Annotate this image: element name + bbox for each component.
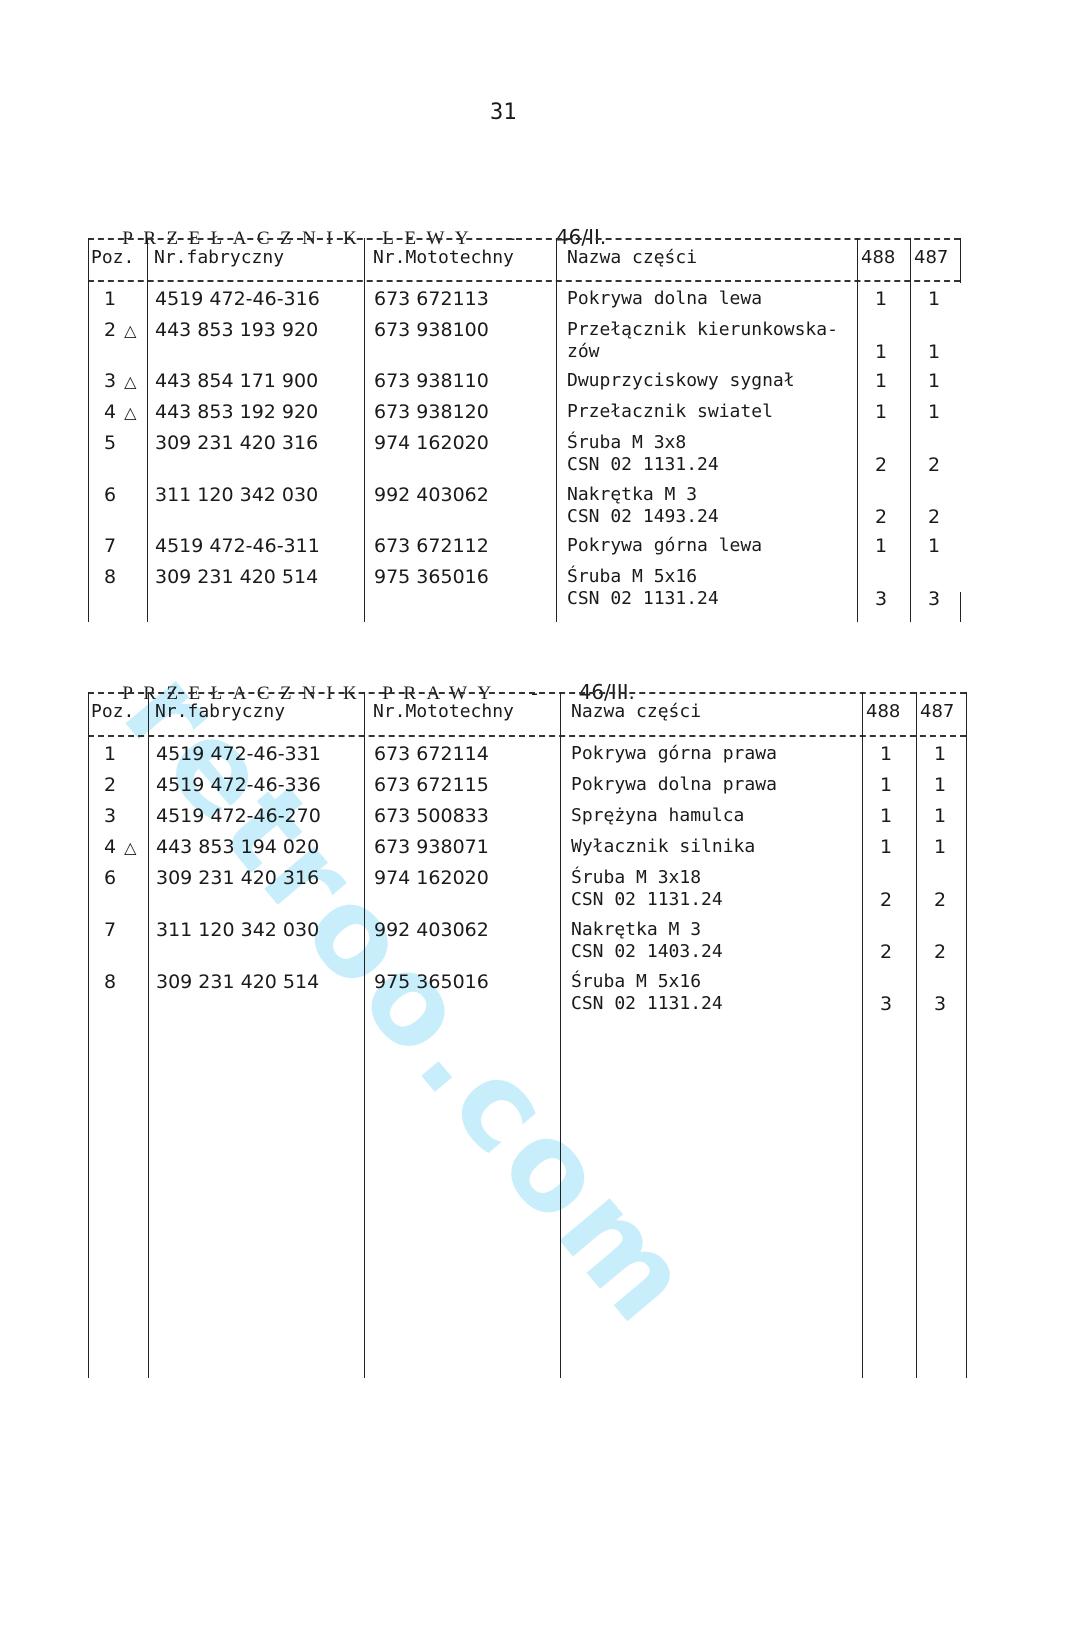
mototechna-number: 673 672113 — [374, 288, 489, 310]
factory-number: 443 853 194 020 — [156, 836, 319, 858]
factory-number: 4519 472-46-331 — [156, 743, 321, 765]
row-position: 2△ — [104, 319, 136, 342]
part-name: zów — [567, 341, 600, 363]
qty-487: 1 — [934, 774, 946, 796]
column-divider — [960, 238, 961, 283]
row-position: 5 — [104, 432, 116, 454]
position-number: 7 — [104, 919, 116, 941]
factory-number: 309 231 420 316 — [155, 432, 318, 454]
factory-number: 4519 472-46-270 — [156, 805, 321, 827]
qty-487: 2 — [934, 889, 946, 911]
row-position: 4△ — [104, 836, 136, 859]
row-position: 7 — [104, 919, 116, 941]
row-position: 1 — [104, 743, 116, 765]
part-name: Pokrywa dolna prawa — [571, 774, 777, 796]
header-qty-488: 488 — [861, 247, 895, 268]
column-divider — [960, 592, 961, 622]
mototechna-number: 673 672114 — [374, 743, 489, 765]
part-name: Śruba M 3x18 — [571, 867, 701, 889]
header-poz: Poz. — [91, 247, 134, 268]
header-nazwa-czesci: Nazwa części — [567, 247, 697, 268]
header-nr-fabryczny: Nr.fabryczny — [155, 701, 285, 722]
part-name: CSN 02 1131.24 — [571, 889, 723, 911]
position-number: 3 — [104, 805, 116, 827]
position-number: 5 — [104, 432, 116, 454]
position-number: 3 — [104, 370, 116, 392]
column-divider — [966, 692, 967, 1378]
factory-number: 443 853 193 920 — [155, 319, 318, 341]
mototechna-number: 974 162020 — [374, 432, 489, 454]
column-divider — [560, 692, 561, 1378]
qty-487: 1 — [928, 341, 940, 363]
position-number: 4 — [104, 401, 116, 423]
header-nr-mototechny: Nr.Mototechny — [373, 701, 514, 722]
factory-number: 443 853 192 920 — [155, 401, 318, 423]
section-code: 46/II. — [556, 225, 606, 249]
position-number: 8 — [104, 971, 116, 993]
header-nr-mototechny: Nr.Mototechny — [373, 247, 514, 268]
header-nr-fabryczny: Nr.fabryczny — [154, 247, 284, 268]
qty-488: 3 — [875, 588, 887, 610]
qty-488: 1 — [875, 401, 887, 423]
factory-number: 309 231 420 514 — [155, 566, 318, 588]
factory-number: 4519 472-46-311 — [155, 535, 320, 557]
qty-488: 1 — [875, 288, 887, 310]
factory-number: 4519 472-46-336 — [156, 774, 321, 796]
table-top-border — [88, 692, 966, 694]
part-name: CSN 02 1131.24 — [567, 588, 719, 610]
row-position: 2 — [104, 774, 116, 796]
qty-487: 1 — [934, 743, 946, 765]
position-number: 2 — [104, 774, 116, 796]
position-number: 8 — [104, 566, 116, 588]
part-name: Nakrętka M 3 — [567, 484, 697, 506]
qty-487: 1 — [928, 535, 940, 557]
part-name: Śruba M 5x16 — [571, 971, 701, 993]
column-divider — [148, 692, 149, 1378]
qty-487: 3 — [928, 588, 940, 610]
part-name: Przełacznik swiatel — [567, 401, 773, 423]
row-position: 6 — [104, 867, 116, 889]
factory-number: 311 120 342 030 — [156, 919, 319, 941]
qty-488: 2 — [875, 454, 887, 476]
header-nazwa-czesci: Nazwa części — [571, 701, 701, 722]
triangle-mark-icon: △ — [124, 372, 136, 391]
part-name: Sprężyna hamulca — [571, 805, 744, 827]
header-qty-487: 487 — [920, 701, 954, 722]
column-divider — [147, 238, 148, 622]
column-divider — [857, 238, 858, 622]
header-qty-488: 488 — [866, 701, 900, 722]
qty-488: 1 — [880, 743, 892, 765]
row-position: 1 — [104, 288, 116, 310]
qty-487: 1 — [928, 401, 940, 423]
part-name: Wyłacznik silnika — [571, 836, 755, 858]
qty-488: 1 — [880, 774, 892, 796]
mototechna-number: 975 365016 — [374, 566, 489, 588]
header-poz: Poz. — [91, 701, 134, 722]
mototechna-number: 673 672115 — [374, 774, 489, 796]
page-number: 31 — [490, 100, 517, 125]
mototechna-number: 992 403062 — [374, 919, 489, 941]
position-number: 6 — [104, 484, 116, 506]
part-name: Śruba M 3x8 — [567, 432, 686, 454]
part-name: Pokrywa górna prawa — [571, 743, 777, 765]
triangle-mark-icon: △ — [124, 403, 136, 422]
part-name: Pokrywa górna lewa — [567, 535, 762, 557]
mototechna-number: 673 938110 — [374, 370, 489, 392]
factory-number: 311 120 342 030 — [155, 484, 318, 506]
qty-487: 2 — [928, 454, 940, 476]
factory-number: 443 854 171 900 — [155, 370, 318, 392]
column-divider — [88, 692, 89, 1378]
header-divider — [88, 280, 960, 282]
column-divider — [364, 692, 365, 1378]
triangle-mark-icon: △ — [124, 321, 136, 340]
qty-487: 1 — [934, 805, 946, 827]
row-position: 4△ — [104, 401, 136, 424]
mototechna-number: 673 938120 — [374, 401, 489, 423]
row-position: 3△ — [104, 370, 136, 393]
factory-number: 4519 472-46-316 — [155, 288, 320, 310]
mototechna-number: 975 365016 — [374, 971, 489, 993]
row-position: 6 — [104, 484, 116, 506]
table-top-border — [88, 238, 960, 240]
qty-488: 2 — [880, 941, 892, 963]
part-name: CSN 02 1131.24 — [567, 454, 719, 476]
section-title-left-switch: PRZEŁACZNIK LEWY - 46/II. — [92, 203, 606, 250]
qty-487: 1 — [928, 370, 940, 392]
qty-488: 1 — [875, 370, 887, 392]
qty-487: 2 — [928, 506, 940, 528]
qty-488: 2 — [880, 889, 892, 911]
qty-488: 3 — [880, 993, 892, 1015]
part-name: Śruba M 5x16 — [567, 566, 697, 588]
position-number: 2 — [104, 319, 116, 341]
factory-number: 309 231 420 316 — [156, 867, 319, 889]
column-divider — [364, 238, 365, 622]
qty-488: 1 — [880, 836, 892, 858]
position-number: 6 — [104, 867, 116, 889]
qty-487: 2 — [934, 941, 946, 963]
position-number: 1 — [104, 743, 116, 765]
row-position: 7 — [104, 535, 116, 557]
header-qty-487: 487 — [914, 247, 948, 268]
part-name: Pokrywa dolna lewa — [567, 288, 762, 310]
row-position: 8 — [104, 566, 116, 588]
qty-488: 1 — [880, 805, 892, 827]
qty-487: 3 — [934, 993, 946, 1015]
mototechna-number: 673 500833 — [374, 805, 489, 827]
position-number: 4 — [104, 836, 116, 858]
part-name: CSN 02 1131.24 — [571, 993, 723, 1015]
triangle-mark-icon: △ — [124, 838, 136, 857]
column-divider — [910, 238, 911, 622]
row-position: 8 — [104, 971, 116, 993]
part-name: Dwuprzyciskowy sygnał — [567, 370, 795, 392]
qty-488: 2 — [875, 506, 887, 528]
mototechna-number: 673 672112 — [374, 535, 489, 557]
mototechna-number: 673 938071 — [374, 836, 489, 858]
qty-487: 1 — [928, 288, 940, 310]
factory-number: 309 231 420 514 — [156, 971, 319, 993]
column-divider — [862, 692, 863, 1378]
part-name: Przełącznik kierunkowska- — [567, 319, 838, 341]
header-divider — [88, 735, 966, 737]
row-position: 3 — [104, 805, 116, 827]
position-number: 1 — [104, 288, 116, 310]
column-divider — [916, 692, 917, 1378]
part-name: Nakrętka M 3 — [571, 919, 701, 941]
qty-488: 1 — [875, 341, 887, 363]
part-name: CSN 02 1493.24 — [567, 506, 719, 528]
column-divider — [556, 238, 557, 622]
mototechna-number: 974 162020 — [374, 867, 489, 889]
qty-488: 1 — [875, 535, 887, 557]
mototechna-number: 992 403062 — [374, 484, 489, 506]
mototechna-number: 673 938100 — [374, 319, 489, 341]
position-number: 7 — [104, 535, 116, 557]
column-divider — [88, 238, 89, 622]
qty-487: 1 — [934, 836, 946, 858]
part-name: CSN 02 1403.24 — [571, 941, 723, 963]
